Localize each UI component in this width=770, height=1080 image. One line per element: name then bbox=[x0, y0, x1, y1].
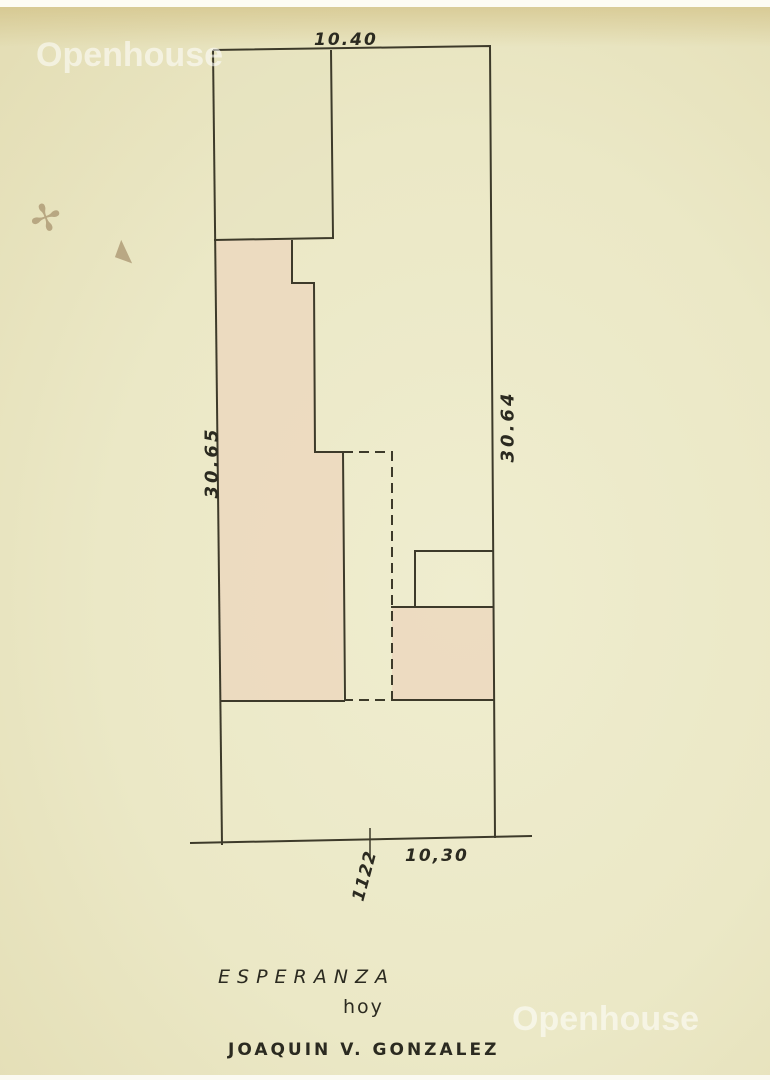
dimension-top-frontage: 10.40 bbox=[314, 30, 378, 50]
dashed-outline bbox=[343, 452, 392, 700]
street-connector: hoy bbox=[343, 996, 384, 1018]
dimension-left-depth: 30.65 bbox=[202, 403, 223, 523]
watermark-logo: Openhouse bbox=[36, 36, 223, 75]
built-area-rear bbox=[392, 607, 494, 700]
floor-plan-drawing bbox=[0, 0, 770, 1080]
street-old-name: ESPERANZA bbox=[218, 966, 395, 988]
top-left-room-shade bbox=[216, 52, 331, 239]
street-baseline bbox=[190, 836, 532, 843]
street-current-name: JOAQUIN V. GONZALEZ bbox=[228, 1040, 499, 1060]
watermark-logo: Openhouse bbox=[512, 1000, 699, 1039]
built-area-main bbox=[216, 240, 343, 700]
dimension-bottom-frontage: 10,30 bbox=[405, 846, 469, 866]
dimension-right-depth: 30.64 bbox=[498, 367, 519, 487]
small-room bbox=[415, 551, 493, 607]
